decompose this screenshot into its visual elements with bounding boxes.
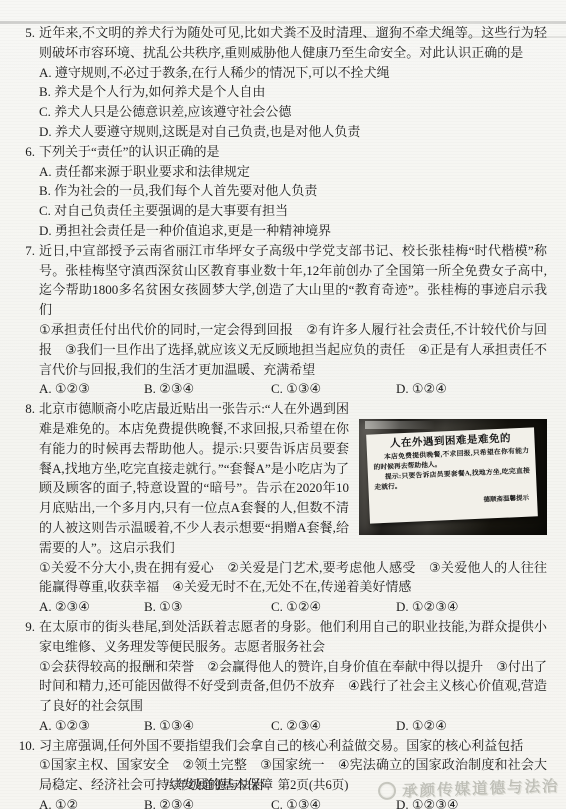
option-d: D. ①②④ [396, 716, 547, 736]
question-number: 8. [12, 399, 35, 419]
questions-area: 5.近年来,不文明的养犬行为随处可见,比如犬粪不及时清理、遛狗不牵犬绳等。这些行… [20, 23, 547, 809]
option-a: A. ①②③ [39, 716, 144, 736]
question-stem: 在太原市的街头巷尾,到处活跃着志愿者的身影。他们利用自己的职业技能,为群众提供小… [39, 617, 547, 657]
option-c: C. ①③④ [271, 795, 396, 809]
footer-page-number: 第2页(共6页) [278, 778, 349, 792]
question-number: 7. [12, 241, 35, 261]
option-b: B. ②③④ [144, 795, 271, 809]
page-footer: 八年级道德与法治第2页(共6页) 承颜传媒道德与法治 [0, 775, 566, 797]
option-c: C. ①②④ [271, 597, 396, 617]
question-number: 10. [12, 736, 35, 756]
option-b: B. 养犬是个人行为,如何养犬是个人自由 [39, 82, 547, 102]
option-a: A. ①② [39, 795, 144, 809]
question-stem: 人在外遇到困难是难免的本店免费提供晚餐,不求回报,只希望在你有能力的时候再去帮助… [39, 399, 547, 557]
option-c: C. 对自己负责任主要强调的是大事要有担当 [39, 201, 547, 221]
option-a: A. ②③④ [39, 597, 144, 617]
option-c: C. ②③④ [271, 716, 396, 736]
option-d: D. ①②④ [396, 379, 547, 399]
question-item: 5.近年来,不文明的养犬行为随处可见,比如犬粪不及时清理、遛狗不牵犬绳等。这些行… [20, 23, 547, 142]
option-d: D. ①②③④ [396, 597, 547, 617]
footer-course-title: 八年级道德与法治 [164, 778, 264, 792]
option-c: C. ①③④ [271, 379, 396, 399]
question-number: 5. [12, 23, 35, 43]
option-d: D. 勇担社会责任是一种价值追求,更是一种精神境界 [39, 221, 547, 241]
option-a: A. 责任都来源于职业要求和法律规定 [39, 162, 547, 182]
notice-photo: 人在外遇到困难是难免的本店免费提供晚餐,不求回报,只希望在你有能力的时候再去帮助… [359, 419, 547, 535]
option-c: C. 养犬人只是公德意识差,应该遵守社会公德 [39, 102, 547, 122]
notice-paper: 人在外遇到困难是难免的本店免费提供晚餐,不求回报,只希望在你有能力的时候再去帮助… [366, 428, 538, 524]
question-items: ①关爱不分大小,贵在拥有爱心 ②关爱是门艺术,要考虑他人感受 ③关爱他人的人往往… [39, 558, 547, 598]
question-items: ①会获得较高的报酬和荣誉 ②会赢得他人的赞许,自身价值在奉献中得以提升 ③付出了… [39, 657, 547, 716]
question-stem: 近日,中宣部授予云南省丽江市华坪女子高级中学党支部书记、校长张桂梅“时代楷模”称… [39, 241, 547, 320]
option-b: B. 作为社会的一员,我们每个人首先要对他人负责 [39, 181, 547, 201]
option-d: D. 养犬人要遵守规则,这既是对自己负责,也是对他人负责 [39, 122, 547, 142]
question-stem: 下列关于“责任”的认识正确的是 [39, 142, 547, 162]
exam-page: 5.近年来,不文明的养犬行为随处可见,比如犬粪不及时清理、遛狗不牵犬绳等。这些行… [0, 0, 566, 809]
question-number: 9. [12, 617, 35, 637]
question-item: 7.近日,中宣部授予云南省丽江市华坪女子高级中学党支部书记、校长张桂梅“时代楷模… [20, 241, 547, 399]
option-b: B. ②③④ [144, 379, 271, 399]
option-a: A. 遵守规则,不必过于教条,在行人稀少的情况下,可以不拴犬绳 [39, 63, 547, 83]
question-stem: 习主席强调,任何外国不要指望我们会拿自己的核心利益做交易。国家的核心利益包括 [39, 736, 547, 756]
notice-signature: 德顺斋温馨提示 [375, 489, 530, 515]
option-b: B. ①③④ [144, 716, 271, 736]
option-row: A. ②③④B. ①③C. ①②④D. ①②③④ [39, 597, 547, 617]
option-row: A. ①②③B. ②③④C. ①③④D. ①②④ [39, 379, 547, 399]
option-a: A. ①②③ [39, 379, 144, 399]
question-item: 6.下列关于“责任”的认识正确的是A. 责任都来源于职业要求和法律规定B. 作为… [20, 142, 547, 241]
option-b: B. ①③ [144, 597, 271, 617]
question-number: 6. [12, 142, 35, 162]
question-item: 9.在太原市的街头巷尾,到处活跃着志愿者的身影。他们利用自己的职业技能,为群众提… [20, 617, 547, 736]
question-item: 8.人在外遇到困难是难免的本店免费提供晚餐,不求回报,只希望在你有能力的时候再去… [20, 399, 547, 617]
watermark-logo-icon [378, 782, 397, 801]
option-row: A. ①②③B. ①③④C. ②③④D. ①②④ [39, 716, 547, 736]
question-stem: 近年来,不文明的养犬行为随处可见,比如犬粪不及时清理、遛狗不牵犬绳等。这些行为轻… [39, 23, 547, 63]
question-items: ①承担责任付出代价的同时,一定会得到回报 ②有许多人履行社会责任,不计较代价与回… [39, 320, 547, 379]
